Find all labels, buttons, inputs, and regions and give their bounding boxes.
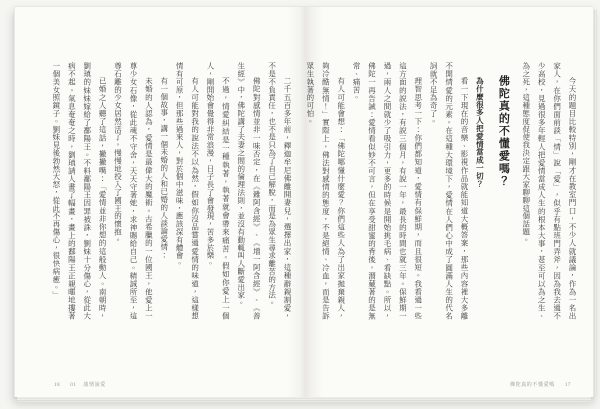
body-paragraph: 看一下現在的音樂、影視作品就能知道大概答案，那些內容裡大多離不開情愛的元素。在這… (426, 62, 472, 320)
body-paragraph: 理智思考一下：你們都知道，愛情有保鮮期，而且很短。我看過一些這方面的說法，有說三… (349, 62, 426, 320)
body-paragraph: 有人可能會想：「佛陀哪懂什麼愛？你們這些人為了出家拋棄親人，夠冷酷無情！」實際上… (303, 62, 349, 320)
section-number: 01 (70, 383, 76, 388)
chapter-title: 佛陀真的不懂愛嗎？ (494, 62, 511, 320)
page-edges-bottom (17, 397, 591, 403)
page-number: 18 (54, 383, 60, 388)
body-paragraph: 已婚之人聽了這話，撇撇嘴：「愛情並非你想的這般動人。南朝時，劉瑱的妹妹嫁給了鄱陽… (49, 62, 111, 320)
right-page-text: 今天的題目比較特別，剛才在教室門口，不少人就議論，作為一名出家人，在你們面前談「… (335, 62, 580, 320)
right-page: 今天的題目比較特別，剛才在教室門口，不少人就議論，作為一名出家人，在你們面前談「… (304, 7, 593, 397)
body-paragraph: 今天的題目比較特別，剛才在教室門口，不少人就議論，作為一名出家人，在你們面前談「… (518, 62, 580, 320)
body-paragraph: 未婚的人認為，愛情是最偉大的魔術。古希臘的一位國王，他愛上一尊少女石像，從此魂不… (110, 62, 156, 320)
left-page-footer: 1801談情說愛 (54, 381, 106, 388)
body-paragraph: 不過，情愛糾結是一種執著，執著就會帶來痛苦。假如你愛上一個人，剛開始會覺得非常浪… (203, 62, 234, 320)
book-spread: 二千五百多年前，釋迦牟尼佛離開妻兒，選擇出家，這種辭親割愛，不是不負責任，也不是… (14, 6, 593, 397)
page-number: 17 (565, 383, 571, 388)
right-page-footer: 佛陀真的不懂愛嗎17 (510, 381, 571, 388)
page-edges-right (593, 10, 597, 396)
body-paragraph: 二千五百多年前，釋迦牟尼佛離開妻兒，選擇出家，這種辭親割愛，不是不負責任，也不是… (264, 62, 295, 320)
body-paragraph: 有一個故事，講一個未婚的人和已婚的人談論愛情： (156, 62, 171, 320)
book-photo: 二千五百多年前，釋迦牟尼佛離開妻兒，選擇出家，這種辭親割愛，不是不負責任，也不是… (0, 0, 600, 409)
running-head: 談情說愛 (83, 383, 105, 388)
running-head: 佛陀真的不懂愛嗎 (510, 383, 555, 388)
body-paragraph: 有人可能對我的說法不以為然，假如你沒品嘗過愛情的味道，這樣想情有可原，但那些過來… (172, 62, 203, 320)
section-question: 為什麼很多人把愛情當成一切？ (472, 62, 487, 320)
left-page-text: 二千五百多年前，釋迦牟尼佛離開妻兒，選擇出家，這種辭親割愛，不是不負責任，也不是… (47, 62, 295, 320)
left-page: 二千五百多年前，釋迦牟尼佛離開妻兒，選擇出家，這種辭親割愛，不是不負責任，也不是… (15, 7, 304, 397)
body-paragraph: 佛陀對感情並非一味否定，在《雜阿含經》、《增一阿含經》、《善生經》中，佛陀講了夫… (233, 62, 264, 320)
